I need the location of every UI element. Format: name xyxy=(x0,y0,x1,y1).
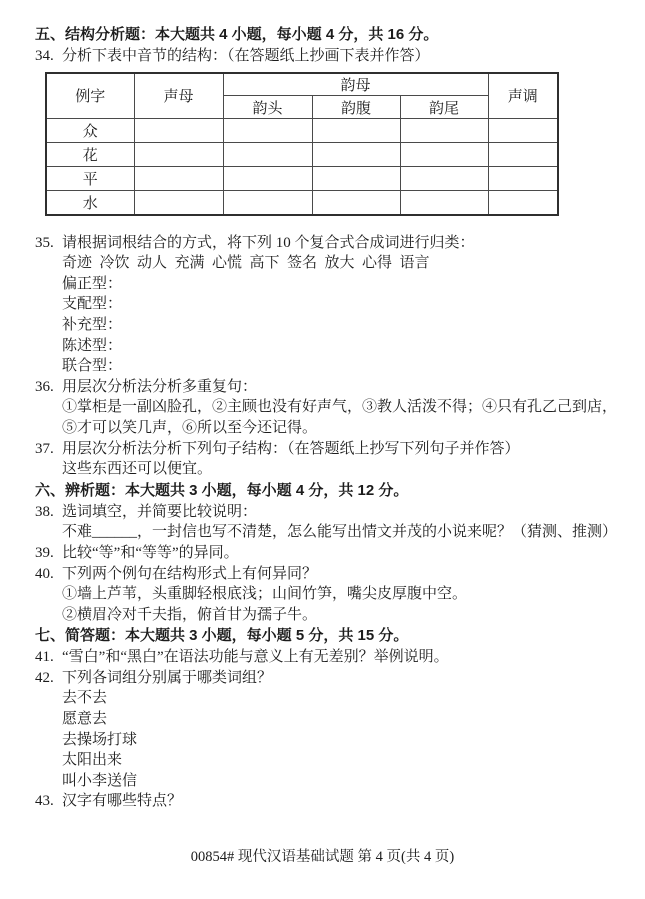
example-char: 众 xyxy=(46,119,134,143)
indent-spacer xyxy=(35,294,62,315)
empty-cell xyxy=(223,167,312,191)
category-label: 联合型： xyxy=(62,356,617,377)
empty-cell xyxy=(488,119,558,143)
category-line: 补充型： xyxy=(35,315,617,336)
indent-spacer xyxy=(35,750,62,771)
section-heading-7: 七、简答题：本大题共 3 小题，每小题 5 分，共 15 分。 xyxy=(35,625,617,647)
sentence-line: ①墙上芦苇，头重脚轻根底浅；山间竹笋，嘴尖皮厚腹中空。 xyxy=(35,584,617,605)
example-char: 平 xyxy=(46,167,134,191)
category-line: 联合型： xyxy=(35,356,617,377)
question-number: 34. xyxy=(35,46,62,67)
empty-cell xyxy=(488,191,558,215)
phrase-line: 去操场打球 xyxy=(35,730,617,751)
phrase-text: 去操场打球 xyxy=(62,730,617,751)
syllable-structure-table: 例字 声母 韵母 声调 韵头 韵腹 韵尾 众 花 xyxy=(45,72,559,216)
fill-blank-text: 不难______，一封信也写不清楚，怎么能写出情文并茂的小说来呢？（猜测、推测） xyxy=(62,522,617,543)
question-number: 41. xyxy=(35,647,62,668)
question-text: 用层次分析法分析下列句子结构：（在答题纸上抄写下列句子并作答） xyxy=(62,439,617,460)
empty-cell xyxy=(134,167,223,191)
table-row: 众 xyxy=(46,119,558,143)
question-text: 汉字有哪些特点？ xyxy=(62,791,617,812)
sentence-text: ⑤才可以笑几声，⑥所以至今还记得。 xyxy=(62,418,617,439)
question-number: 42. xyxy=(35,668,62,689)
question-number: 37. xyxy=(35,439,62,460)
word-list-line: 奇迹 冷饮 动人 充满 心慌 高下 签名 放大 心得 语言 xyxy=(35,253,617,274)
question-35: 35. 请根据词根结合的方式，将下列 10 个复合式合成词进行归类： xyxy=(35,233,617,254)
category-label: 支配型： xyxy=(62,294,617,315)
empty-cell xyxy=(488,167,558,191)
page-footer: 00854# 现代汉语基础试题 第 4 页(共 4 页) xyxy=(0,845,645,866)
question-42: 42. 下列各词组分别属于哪类词组？ xyxy=(35,668,617,689)
empty-cell xyxy=(223,191,312,215)
page-content: 五、结构分析题：本大题共 4 小题，每小题 4 分，共 16 分。 34. 分析… xyxy=(0,0,645,812)
indent-spacer xyxy=(35,336,62,357)
question-39: 39. 比较“等”和“等等”的异同。 xyxy=(35,543,617,564)
question-34: 34. 分析下表中音节的结构：（在答题纸上抄画下表并作答） xyxy=(35,46,617,67)
col-header-final-head: 韵头 xyxy=(223,96,312,119)
empty-cell xyxy=(134,143,223,167)
phrase-line: 愿意去 xyxy=(35,709,617,730)
empty-cell xyxy=(312,191,400,215)
empty-cell xyxy=(400,167,488,191)
category-label: 补充型： xyxy=(62,315,617,336)
question-number: 36. xyxy=(35,377,62,398)
sentence-line: ⑤才可以笑几声，⑥所以至今还记得。 xyxy=(35,418,617,439)
question-text: 比较“等”和“等等”的异同。 xyxy=(62,543,617,564)
sentence-text: ①墙上芦苇，头重脚轻根底浅；山间竹笋，嘴尖皮厚腹中空。 xyxy=(62,584,617,605)
category-line: 陈述型： xyxy=(35,336,617,357)
col-header-final-belly: 韵腹 xyxy=(312,96,400,119)
phrase-text: 太阳出来 xyxy=(62,750,617,771)
empty-cell xyxy=(223,143,312,167)
question-text: 下列两个例句在结构形式上有何异同？ xyxy=(62,564,617,585)
word-list: 奇迹 冷饮 动人 充满 心慌 高下 签名 放大 心得 语言 xyxy=(62,253,617,274)
table-row: 水 xyxy=(46,191,558,215)
empty-cell xyxy=(312,167,400,191)
sentence-line: ②横眉冷对千夫指，俯首甘为孺子牛。 xyxy=(35,605,617,626)
question-number: 39. xyxy=(35,543,62,564)
question-text: 下列各词组分别属于哪类词组？ xyxy=(62,668,617,689)
exam-page: 五、结构分析题：本大题共 4 小题，每小题 4 分，共 16 分。 34. 分析… xyxy=(0,0,645,899)
question-38: 38. 选词填空，并简要比较说明： xyxy=(35,502,617,523)
col-header-initial: 声母 xyxy=(134,73,223,119)
col-header-tone: 声调 xyxy=(488,73,558,119)
question-number: 43. xyxy=(35,791,62,812)
indent-spacer xyxy=(35,605,62,626)
question-number: 38. xyxy=(35,502,62,523)
phrase-text: 愿意去 xyxy=(62,709,617,730)
example-char: 水 xyxy=(46,191,134,215)
empty-cell xyxy=(400,119,488,143)
empty-cell xyxy=(312,143,400,167)
fill-blank-line: 不难______，一封信也写不清楚，怎么能写出情文并茂的小说来呢？（猜测、推测） xyxy=(35,522,617,543)
indent-spacer xyxy=(35,274,62,295)
empty-cell xyxy=(488,143,558,167)
question-text: 用层次分析法分析多重复句： xyxy=(62,377,617,398)
col-header-example: 例字 xyxy=(46,73,134,119)
indent-spacer xyxy=(35,397,62,418)
phrase-text: 叫小李送信 xyxy=(62,771,617,792)
empty-cell xyxy=(134,119,223,143)
question-text: “雪白”和“黑白”在语法功能与意义上有无差别？举例说明。 xyxy=(62,647,617,668)
phrase-line: 太阳出来 xyxy=(35,750,617,771)
table-row: 花 xyxy=(46,143,558,167)
sentence-text: ①掌柜是一副凶脸孔，②主顾也没有好声气，③教人活泼不得；④只有孔乙己到店， xyxy=(62,397,617,418)
col-header-final: 韵母 xyxy=(223,73,488,96)
indent-spacer xyxy=(35,584,62,605)
phrase-line: 去不去 xyxy=(35,688,617,709)
indent-spacer xyxy=(35,522,62,543)
sentence-text: 这些东西还可以便宜。 xyxy=(62,459,617,480)
question-40: 40. 下列两个例句在结构形式上有何异同？ xyxy=(35,564,617,585)
question-41: 41. “雪白”和“黑白”在语法功能与意义上有无差别？举例说明。 xyxy=(35,647,617,668)
sentence-text: ②横眉冷对千夫指，俯首甘为孺子牛。 xyxy=(62,605,617,626)
phrase-line: 叫小李送信 xyxy=(35,771,617,792)
category-line: 偏正型： xyxy=(35,274,617,295)
question-text: 分析下表中音节的结构：（在答题纸上抄画下表并作答） xyxy=(62,46,617,67)
empty-cell xyxy=(134,191,223,215)
question-text: 请根据词根结合的方式，将下列 10 个复合式合成词进行归类： xyxy=(62,233,617,254)
indent-spacer xyxy=(35,356,62,377)
section-heading-6: 六、辨析题：本大题共 3 小题，每小题 4 分，共 12 分。 xyxy=(35,480,617,502)
indent-spacer xyxy=(35,709,62,730)
question-43: 43. 汉字有哪些特点？ xyxy=(35,791,617,812)
example-char: 花 xyxy=(46,143,134,167)
section-heading-5: 五、结构分析题：本大题共 4 小题，每小题 4 分，共 16 分。 xyxy=(35,24,617,46)
category-label: 偏正型： xyxy=(62,274,617,295)
empty-cell xyxy=(400,143,488,167)
question-text: 选词填空，并简要比较说明： xyxy=(62,502,617,523)
empty-cell xyxy=(223,119,312,143)
indent-spacer xyxy=(35,688,62,709)
question-number: 35. xyxy=(35,233,62,254)
category-label: 陈述型： xyxy=(62,336,617,357)
col-header-final-tail: 韵尾 xyxy=(400,96,488,119)
indent-spacer xyxy=(35,771,62,792)
indent-spacer xyxy=(35,315,62,336)
indent-spacer xyxy=(35,253,62,274)
phrase-text: 去不去 xyxy=(62,688,617,709)
question-36: 36. 用层次分析法分析多重复句： xyxy=(35,377,617,398)
sentence-line: 这些东西还可以便宜。 xyxy=(35,459,617,480)
indent-spacer xyxy=(35,730,62,751)
question-number: 40. xyxy=(35,564,62,585)
indent-spacer xyxy=(35,418,62,439)
empty-cell xyxy=(312,119,400,143)
question-37: 37. 用层次分析法分析下列句子结构：（在答题纸上抄写下列句子并作答） xyxy=(35,439,617,460)
empty-cell xyxy=(400,191,488,215)
category-line: 支配型： xyxy=(35,294,617,315)
indent-spacer xyxy=(35,459,62,480)
sentence-line: ①掌柜是一副凶脸孔，②主顾也没有好声气，③教人活泼不得；④只有孔乙己到店， xyxy=(35,397,617,418)
table-row: 平 xyxy=(46,167,558,191)
